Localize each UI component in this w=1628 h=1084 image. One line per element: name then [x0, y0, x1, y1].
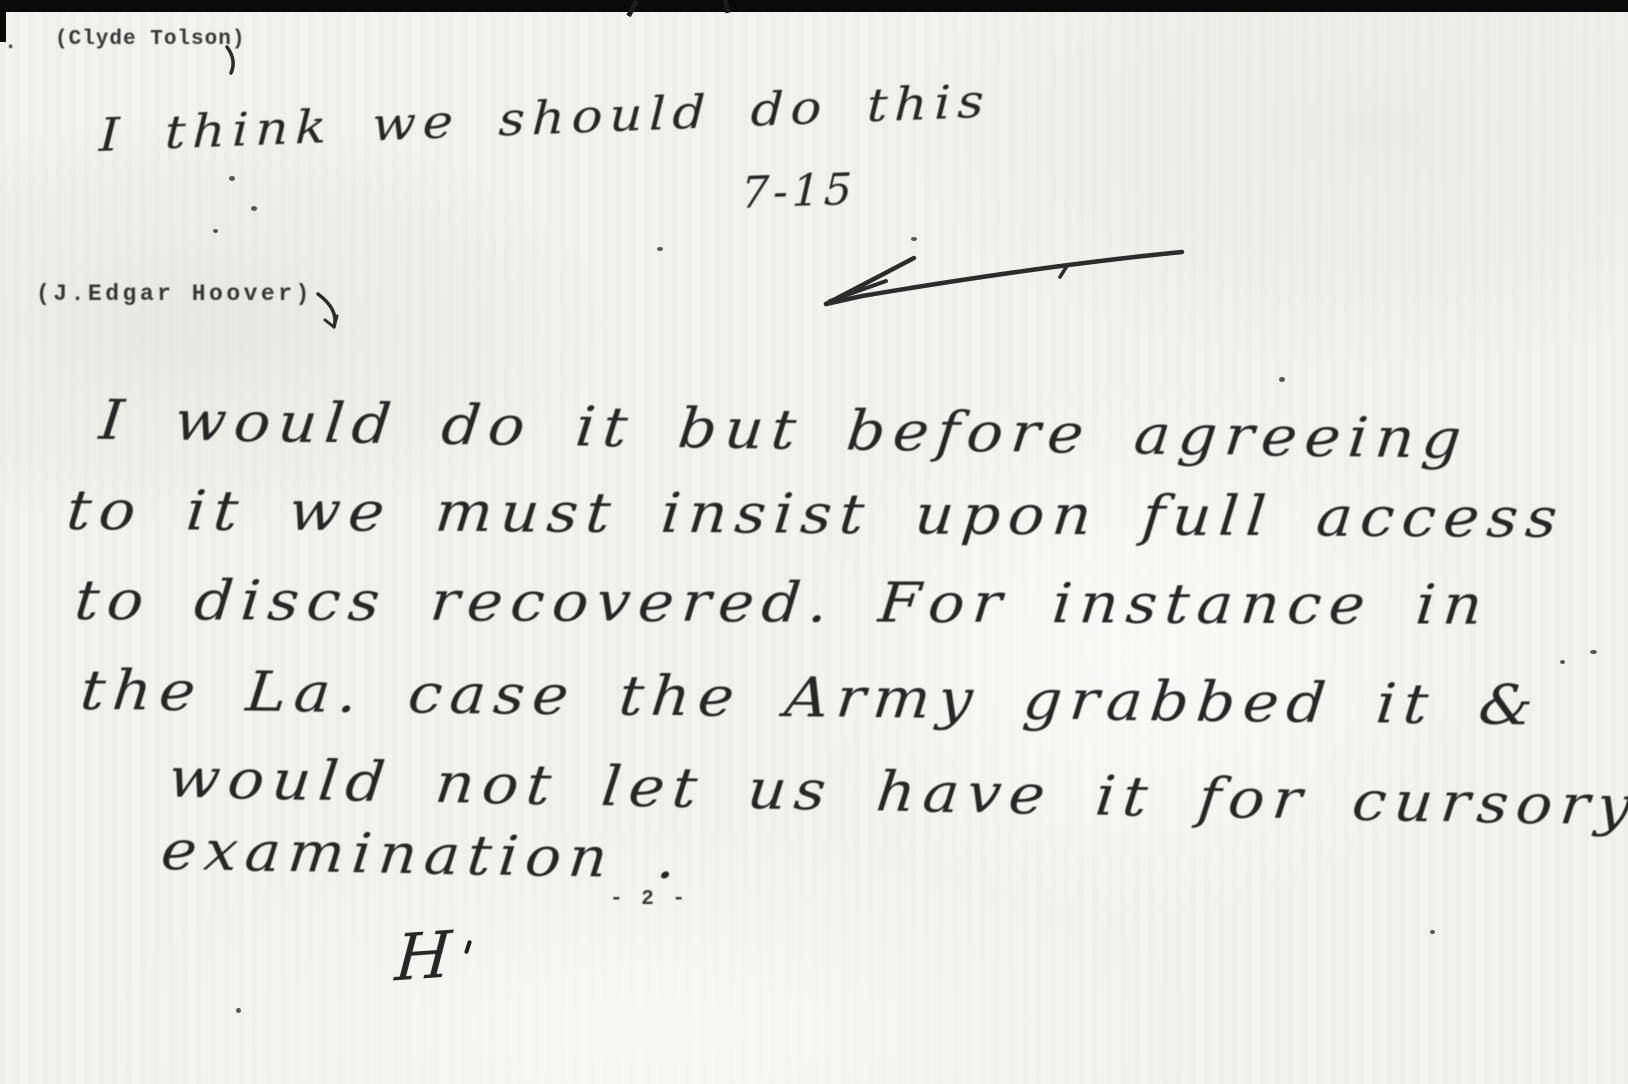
hoover-initial: H [393, 918, 454, 996]
paper-speck [236, 1008, 241, 1013]
hoover-note-line-3: to discs recovered. For instance in [72, 568, 1493, 637]
paper-speck [1560, 660, 1565, 664]
stray-mark-after-initial [464, 940, 472, 955]
page-number: - 2 - [610, 888, 688, 911]
paper-speck [1430, 930, 1435, 934]
hoover-note-line-6: examination . [158, 818, 687, 891]
paper-speck [1590, 650, 1597, 654]
hoover-note-line-2: to it we must insist upon full access [64, 478, 1568, 550]
hoover-label-tail-stroke [0, 0, 1628, 400]
hoover-note-line-4: the La. case the Army grabbed it & [78, 658, 1544, 737]
hoover-note-line-1: I would do it but before agreeing [97, 388, 1472, 471]
scanned-memo-page: . (Clyde Tolson) I think we should do th… [0, 0, 1628, 1084]
